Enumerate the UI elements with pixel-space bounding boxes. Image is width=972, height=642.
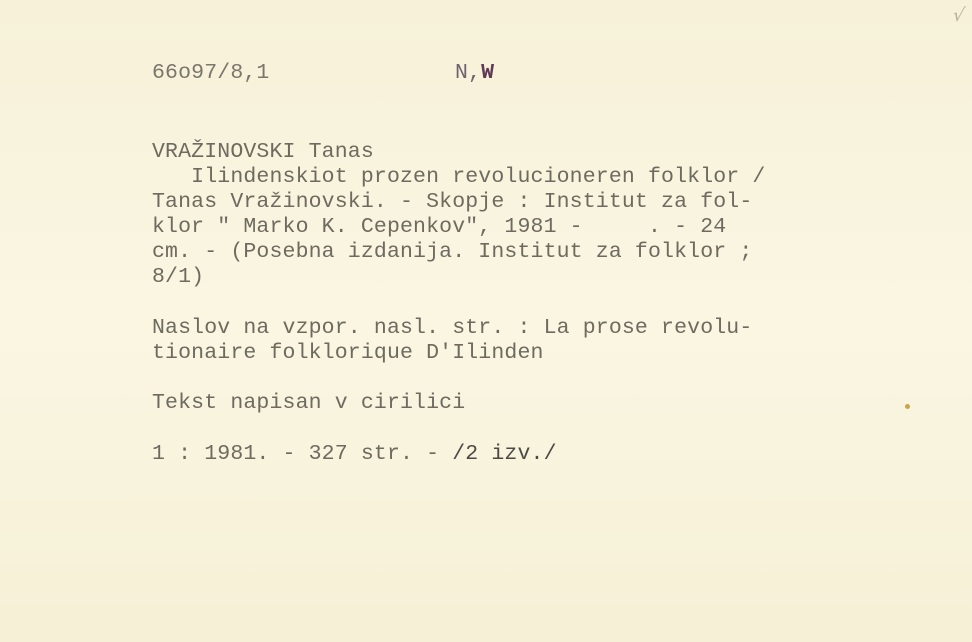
series-line: cm. - (Posebna izdanija. Institut za fol… bbox=[152, 240, 752, 264]
catalog-card: 66o97/8,1 N,W VRAŽINOVSKI Tanas Ilindens… bbox=[0, 0, 972, 642]
flag-separator: , bbox=[468, 61, 481, 85]
holdings-line: 1 : 1981. - 327 str. - /2 izv./ bbox=[152, 442, 557, 466]
series-line: 8/1) bbox=[152, 265, 204, 289]
flag-w: W bbox=[481, 61, 494, 85]
flag-n: N bbox=[455, 61, 468, 85]
parallel-title-note: Naslov na vzpor. nasl. str. : La prose r… bbox=[152, 316, 752, 340]
copies-count: /2 izv./ bbox=[452, 442, 556, 466]
location-flags: N,W bbox=[455, 61, 494, 85]
main-entry-heading: VRAŽINOVSKI Tanas bbox=[152, 140, 374, 164]
check-mark-icon: √ bbox=[951, 5, 966, 26]
publication-line: Tanas Vražinovski. - Skopje : Institut z… bbox=[152, 190, 752, 214]
title-line: Ilindenskiot prozen revolucioneren folkl… bbox=[152, 165, 765, 189]
script-note: Tekst napisan v cirilici bbox=[152, 391, 465, 415]
volume-info: 1 : 1981. - 327 str. - bbox=[152, 442, 439, 466]
call-number: 66o97/8,1 bbox=[152, 61, 269, 85]
stain-dot bbox=[905, 404, 910, 409]
parallel-title-note: tionaire folklorique D'Ilinden bbox=[152, 341, 544, 365]
publication-line: klor " Marko K. Cepenkov", 1981 - . - 24 bbox=[152, 215, 726, 239]
